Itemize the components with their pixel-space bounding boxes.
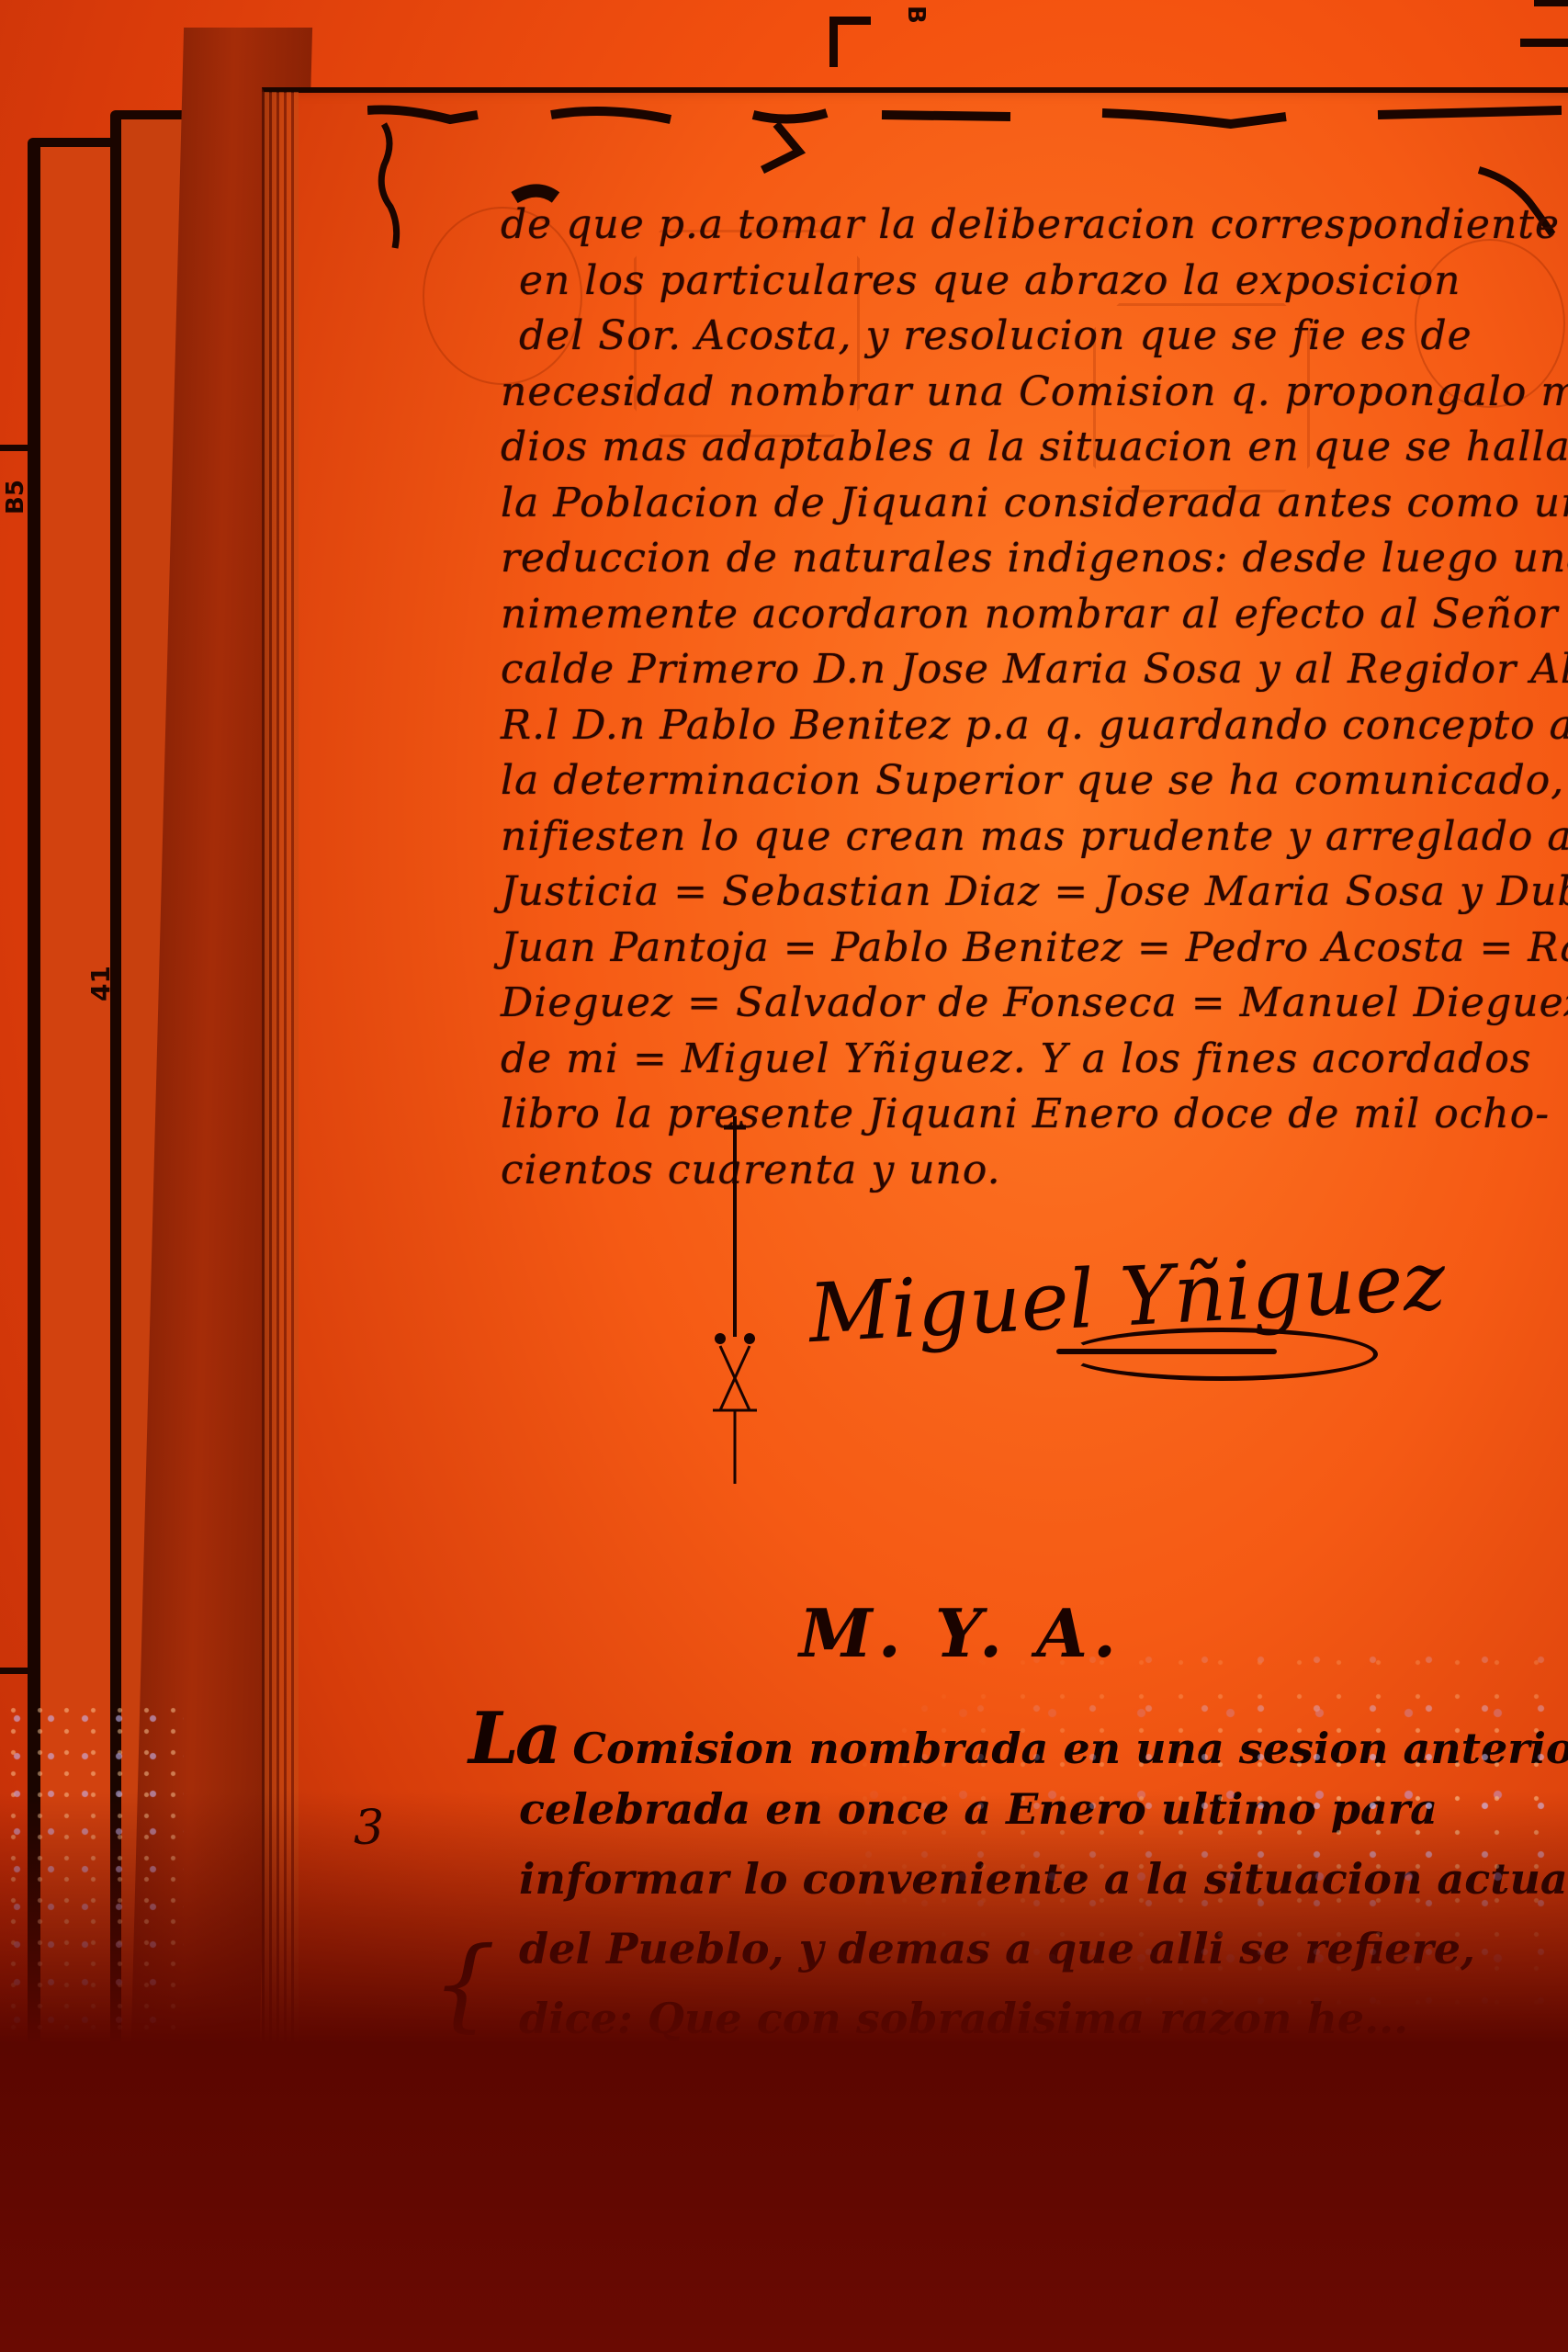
manuscript-line: R.l D.n Pablo Benitez p.a q. guardando c… [501, 698, 1566, 754]
manuscript-line: Justicia = Sebastian Diaz = Jose Maria S… [501, 865, 1566, 921]
manuscript-line: cientos cuarenta y uno. [501, 1143, 1566, 1199]
ruler-tick-top-right [1520, 39, 1568, 47]
spine-number: 41 [85, 966, 116, 1001]
page-1-text: de que p.a tomar la deliberacion corresp… [501, 198, 1566, 1198]
ruler-tick-top-horizontal [829, 17, 871, 25]
ruler-tick-bottom-right-v [1528, 2205, 1537, 2249]
manuscript-line: calde Primero D.n Jose Maria Sosa y al R… [501, 642, 1566, 698]
ruler-tick-top-right-2 [1534, 0, 1568, 6]
manuscript-line: la determinacion Superior que se ha comu… [501, 753, 1566, 809]
document-photo: B B5 41 de que p.a tomar la deliberacion… [0, 0, 1568, 2352]
manuscript-line: nifiesten lo que crean mas prudente y ar… [501, 809, 1566, 865]
manuscript-line: del Sor. Acosta, y resolucion que se fie… [501, 309, 1566, 365]
manuscript-line: necesidad nombrar una Comision q. propon… [501, 365, 1566, 421]
manuscript-line: Dieguez = Salvador de Fonseca = Manuel D… [501, 976, 1566, 1032]
manuscript-line: Juan Pantoja = Pablo Benitez = Pedro Aco… [501, 921, 1566, 977]
manuscript-line: libro la presente Jiquani Enero doce de … [501, 1087, 1566, 1143]
ruler-label-top: B [902, 6, 930, 24]
ruler-label-left: B5 [2, 480, 29, 514]
manuscript-line: la Poblacion de Jiquani considerada ante… [501, 476, 1566, 532]
notarial-cross-mark-icon [707, 1116, 762, 1484]
light-sparkle-artifacts [0, 1635, 1568, 2352]
manuscript-line: reduccion de naturales indigenos: desde … [501, 531, 1566, 587]
manuscript-line: de mi = Miguel Yñiguez. Y a los fines ac… [501, 1032, 1566, 1088]
manuscript-line: en los particulares que abrazo la exposi… [501, 254, 1566, 310]
ruler-tick-bottom-right [1483, 2242, 1534, 2251]
manuscript-line: dios mas adaptables a la situacion en qu… [501, 420, 1566, 476]
light-sparkle-artifacts-left [0, 1700, 184, 2352]
manuscript-line: nimemente acordaron nombrar al efecto al… [501, 587, 1566, 643]
manuscript-line: de que p.a tomar la deliberacion corresp… [501, 198, 1566, 254]
signature-flourish [1066, 1328, 1378, 1381]
